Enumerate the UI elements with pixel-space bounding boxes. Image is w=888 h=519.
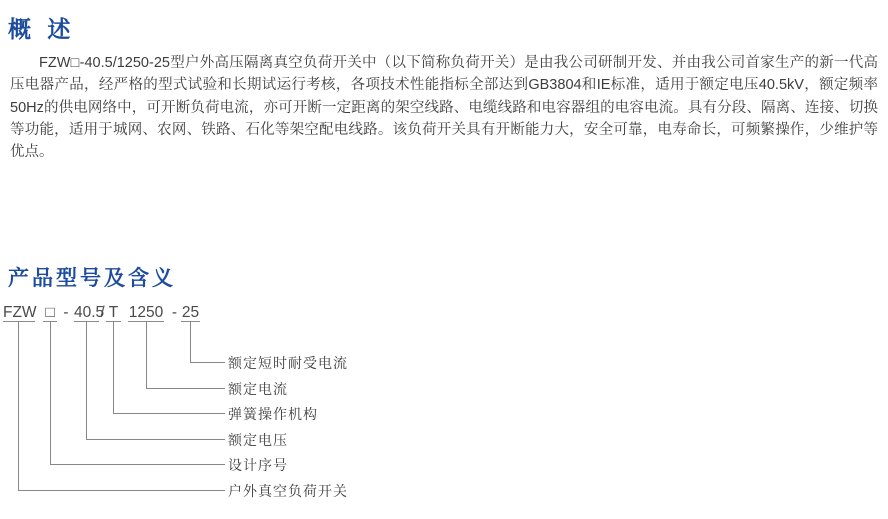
- callout-horizontal-line: [190, 362, 225, 363]
- callout-horizontal-line: [50, 464, 225, 465]
- model-segment-t: T: [106, 304, 121, 322]
- callout-label: 户外真空负荷开关: [228, 481, 348, 501]
- callout-label: 额定电压: [228, 430, 288, 450]
- overview-heading: 概 述: [8, 11, 71, 44]
- callout-label: 设计序号: [228, 455, 288, 475]
- callout-horizontal-line: [113, 413, 225, 414]
- callout-stem-line: [50, 322, 51, 464]
- callout-label: 弹簧操作机构: [228, 404, 318, 424]
- model-meaning-heading: 产品型号及含义: [8, 262, 176, 292]
- callout-stem-line: [18, 322, 19, 490]
- model-segment-box: □: [43, 304, 57, 322]
- model-segment-40-5: 40.5: [74, 304, 99, 322]
- callout-stem-line: [146, 322, 147, 388]
- document-page: 概 述 FZW□-40.5/1250-25型户外高压隔离真空负荷开关中（以下简称…: [0, 0, 888, 519]
- model-separator-slash: /: [99, 304, 106, 322]
- overview-paragraph: FZW□-40.5/1250-25型户外高压隔离真空负荷开关中（以下简称负荷开关…: [10, 52, 878, 163]
- callout-stem-line: [86, 322, 87, 439]
- callout-stem-line: [113, 322, 114, 413]
- model-segment-25: 25: [181, 304, 200, 322]
- callout-label: 额定短时耐受电流: [228, 353, 348, 373]
- model-separator-dash2: -: [170, 304, 179, 322]
- model-segment-fzw: FZW: [3, 304, 35, 322]
- callout-horizontal-line: [86, 439, 225, 440]
- callout-horizontal-line: [146, 388, 225, 389]
- callout-horizontal-line: [18, 490, 225, 491]
- model-segment-1250: 1250: [128, 304, 164, 322]
- model-separator-dash: -: [61, 304, 71, 322]
- callout-stem-line: [190, 322, 191, 362]
- callout-label: 额定电流: [228, 379, 288, 399]
